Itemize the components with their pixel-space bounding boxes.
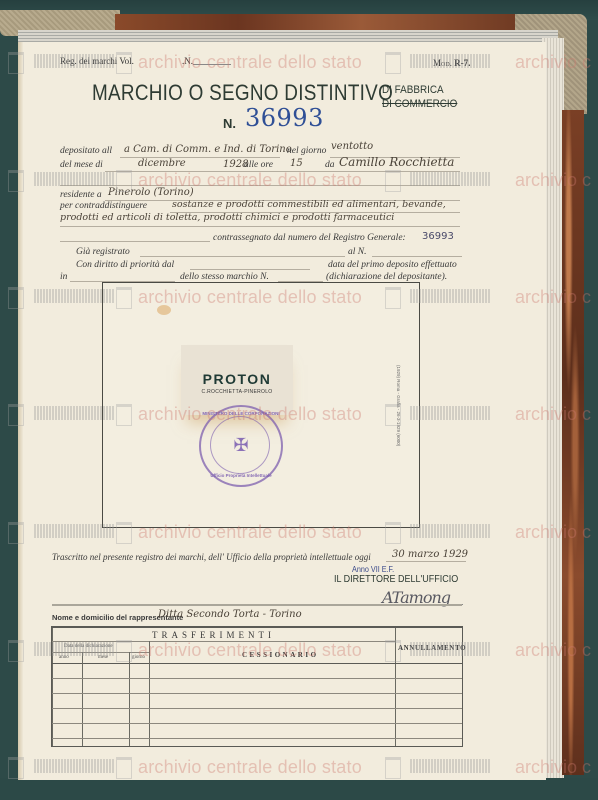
title-qualifier-fabbrica: DI FABBRICA	[382, 83, 457, 97]
mark-number-label: N.	[223, 116, 236, 131]
cessionario-header: CESSIONARIO	[242, 651, 319, 659]
table-row	[52, 738, 462, 739]
day-value: ventotto	[331, 141, 373, 152]
col-giorno: giorno	[132, 655, 145, 660]
by-label: da	[325, 160, 335, 170]
mark-number-value: 36993	[245, 104, 324, 132]
same-mark-label: dello stesso marchio N.	[180, 272, 269, 282]
annullamento-header: ANNULLAMENTO	[398, 644, 466, 652]
at-number-label: al N.	[348, 247, 366, 257]
month-value: dicembre	[138, 158, 186, 169]
section-separator	[52, 604, 462, 606]
title-qualifier-commercio: DI COMMERCIO	[382, 97, 457, 111]
priority-label: Con diritto di priorità dal	[76, 260, 174, 270]
deposited-at-label: depositato all	[60, 146, 112, 156]
purpose-line-1: sostanze e prodotti commestibili ed alim…	[172, 199, 446, 210]
title-qualifier: DI FABBRICA DI COMMERCIO	[382, 83, 457, 111]
year-stamp: Anno VII E.F.	[352, 564, 394, 574]
col-mese: mese	[98, 655, 108, 660]
table-row	[52, 693, 462, 694]
model-code: Mod. R-7.	[433, 58, 470, 68]
deposited-at-value: a Cam. di Comm. e Ind. di Torino	[124, 144, 292, 155]
already-registered-label: Già registrato	[76, 247, 130, 257]
brand-subtitle: C.ROCCHIETTA-PINEROLO	[181, 389, 293, 395]
director-label: IL DIRETTORE DELL'UFFICIO	[334, 574, 458, 585]
rule	[372, 256, 462, 257]
date-group-header: Data della dichiarazione	[64, 644, 113, 649]
savoy-cross-icon: ✠	[229, 433, 253, 457]
declaration-label: (dichiarazione del depositante).	[326, 272, 447, 282]
depositor-name: Camillo Rocchietta	[339, 155, 454, 169]
stamp-bottom-text: Ufficio Proprietà Intellettuale	[201, 473, 281, 478]
brand-name: PROTON	[181, 371, 293, 387]
paper-stain	[157, 305, 171, 315]
transfers-table: TRASFERIMENTI Data della dichiarazione a…	[51, 626, 463, 747]
marbled-cover-right	[562, 110, 584, 775]
mark-specimen-box: PROTON C.ROCCHIETTA-PINEROLO MINISTERO D…	[102, 282, 420, 528]
register-number-label: .N.	[182, 56, 193, 66]
rule	[105, 171, 460, 172]
transcription-text: Trascritto nel presente registro dei mar…	[52, 552, 371, 562]
row-divider	[52, 652, 149, 653]
transfers-title: TRASFERIMENTI	[152, 630, 275, 640]
row-divider	[52, 663, 462, 664]
transcription-date: 30 marzo 1929	[392, 549, 468, 560]
table-row	[52, 708, 462, 709]
rule	[190, 269, 310, 270]
hour-value: 15	[290, 158, 303, 169]
page-title: MARCHIO O SEGNO DISTINTIVO	[92, 80, 393, 106]
col-divider	[395, 628, 396, 746]
register-volume-label: Reg. dei marchi Vol.	[60, 56, 134, 66]
table-row	[52, 678, 462, 679]
book-cover-bottom	[0, 778, 598, 800]
hour-label: alle ore	[244, 160, 273, 170]
day-label: nel giorno	[287, 146, 326, 156]
purpose-line-2: prodotti ed articoli di toletta, prodott…	[60, 212, 394, 223]
first-deposit-label: data del primo deposito effettuato	[328, 260, 457, 270]
purpose-label: per contraddistinguere	[60, 201, 147, 211]
col-divider	[82, 652, 83, 746]
stamp-top-text: MINISTERO DELLE CORPORAZIONI	[201, 411, 281, 416]
printer-note: (1929) Roma - Grafia - 26-3-1929 (6000)	[396, 365, 401, 446]
col-divider	[129, 652, 130, 746]
col-divider	[52, 628, 53, 746]
rule	[386, 561, 466, 562]
in-label: in	[60, 272, 67, 282]
page-gutter	[18, 42, 23, 780]
ministry-stamp: MINISTERO DELLE CORPORAZIONI ✠ Ufficio P…	[199, 405, 283, 487]
rule	[140, 256, 345, 257]
residence-value: Pinerolo (Torino)	[108, 187, 194, 198]
general-register-label: contrassegnato dal numero del Registro G…	[213, 233, 406, 243]
rule	[60, 185, 460, 186]
general-register-value: 36993	[422, 231, 454, 242]
rule	[60, 241, 210, 242]
register-number-rule	[193, 64, 231, 65]
representative-value: Ditta Secondo Torta - Torino	[158, 609, 302, 620]
rule	[60, 226, 460, 227]
residence-label: residente a	[60, 190, 102, 200]
row-divider	[52, 641, 395, 642]
month-label: del mese di	[60, 160, 103, 170]
table-row	[52, 723, 462, 724]
col-anno: anno	[59, 655, 69, 660]
